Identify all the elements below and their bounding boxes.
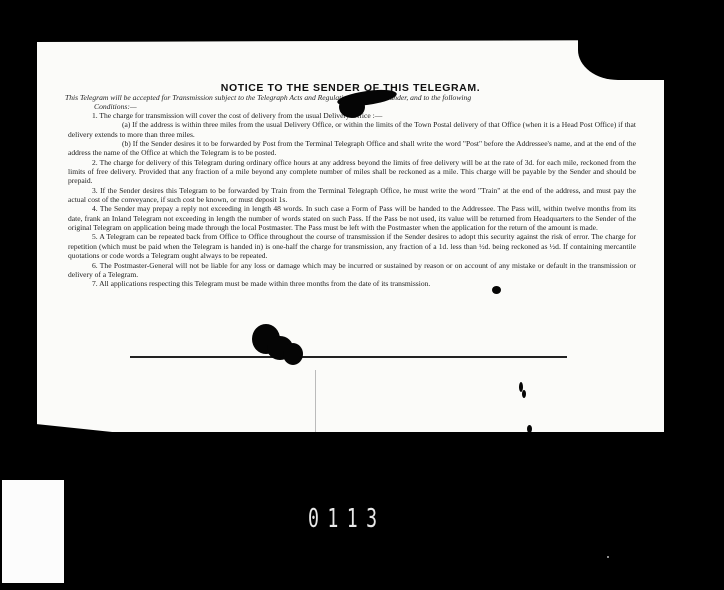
sender-brace [193, 434, 198, 458]
conditions-body: 1. The charge for transmission will cove… [68, 111, 636, 289]
separator-rule [130, 356, 567, 358]
frame-counter: 0113 [308, 504, 385, 534]
conditions-label: Conditions:— [94, 102, 137, 111]
condition-3: 3. If the Sender desires this Telegram t… [68, 186, 636, 205]
condition-1a: (a) If the address is within three miles… [68, 120, 636, 139]
sender-name-line [199, 435, 615, 436]
condition-7: 7. All applications respecting this Tele… [68, 279, 636, 288]
ink-blot [283, 343, 303, 365]
condition-4: 4. The Sender may prepay a reply not exc… [68, 204, 636, 232]
condition-2: 2. The charge for delivery of this Teleg… [68, 158, 636, 186]
paper-crease [315, 370, 316, 432]
sender-address-line [199, 456, 615, 457]
telegram-notice-page: NOTICE TO THE SENDER OF THIS TELEGRAM. T… [37, 40, 664, 432]
ink-mark [527, 425, 532, 433]
condition-6: 6. The Postmaster-General will not be li… [68, 261, 636, 280]
ink-mark [522, 390, 526, 398]
condition-1b: (b) If the Sender desires it to be forwa… [68, 139, 636, 158]
ink-blot [339, 96, 365, 118]
sender-address-label: Name and Address of Sender. (FOR REFEREN… [77, 436, 187, 454]
speck [607, 556, 609, 558]
ink-blot [492, 286, 501, 294]
condition-5: 5. A Telegram can be repeated back from … [68, 232, 636, 260]
white-card [2, 480, 64, 583]
